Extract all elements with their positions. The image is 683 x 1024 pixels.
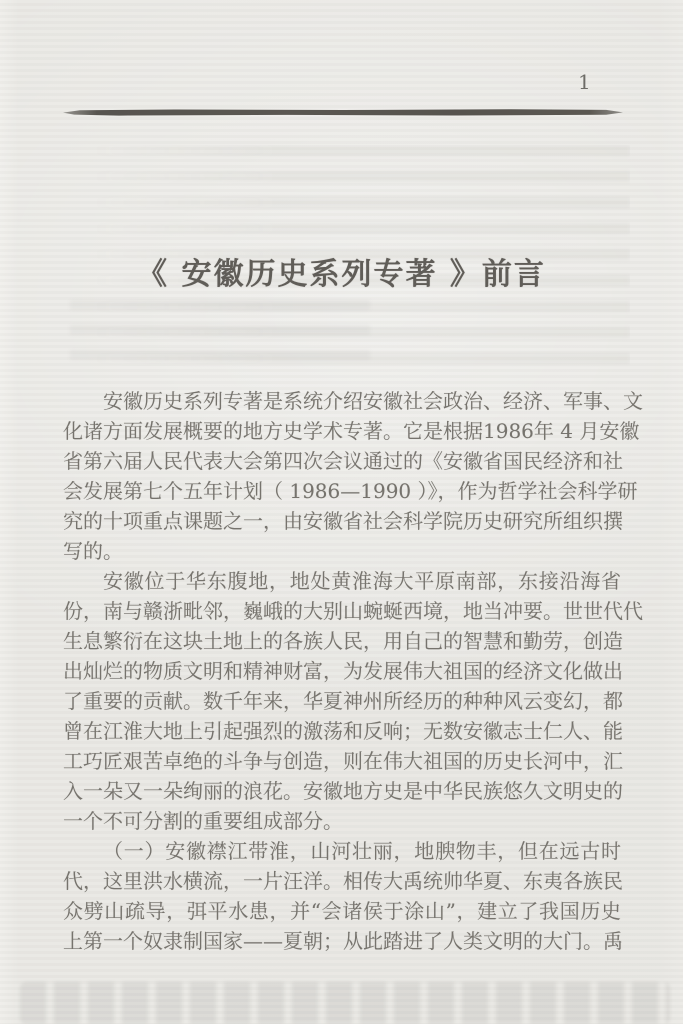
- body-line: 入一朵又一朵绚丽的浪花。安徽地方史是中华民族悠久文明史的: [63, 776, 621, 806]
- book-page: 1 《 安徽历史系列专著 》前言 安徽历史系列专著是系统介绍安徽社会政治、经济、…: [0, 0, 683, 1024]
- body-line: 生息繁衍在这块土地上的各族人民，用自己的智慧和勤劳，创造: [63, 626, 621, 656]
- body-line: 一个不可分割的重要组成部分。: [63, 806, 621, 836]
- page-title: 《 安徽历史系列专著 》前言: [0, 249, 683, 293]
- body-line: 究的十项重点课题之一，由安徽省社会科学院历史研究所组织撰: [63, 506, 621, 536]
- page-number: 1: [578, 70, 592, 94]
- body-line: 安徽历史系列专著是系统介绍安徽社会政治、经济、军事、文: [63, 386, 621, 416]
- body-line: 出灿烂的物质文明和精神财富，为发展伟大祖国的经济文化做出: [63, 656, 621, 686]
- body-line: 化诸方面发展概要的地方史学术专著。它是根据1986年 4 月安徽: [63, 416, 621, 446]
- bleedthrough-texture-bottom: [20, 982, 670, 1024]
- body-line: 份，南与赣浙毗邻，巍峨的大别山蜿蜒西境，地当冲要。世世代代: [63, 596, 621, 626]
- body-line: 省第六届人民代表大会第四次会议通过的《安徽省国民经济和社: [63, 446, 621, 476]
- body-line: 代，这里洪水横流，一片汪洋。相传大禹统帅华夏、东夷各族民: [63, 866, 621, 896]
- body-line: 写的。: [63, 536, 621, 566]
- body-line: 曾在江淮大地上引起强烈的激荡和反响；无数安徽志士仁人、能: [63, 716, 621, 746]
- body-line: 了重要的贡献。数千年来，华夏神州所经历的种种风云变幻，都: [63, 686, 621, 716]
- body-line: （一）安徽襟江带淮，山河壮丽，地腴物丰，但在远古时: [63, 836, 621, 866]
- body-line: 上第一个奴隶制国家——夏朝；从此踏进了人类文明的大门。禹: [63, 926, 621, 956]
- header-rule: [63, 109, 623, 116]
- bleedthrough-texture-mid: [70, 300, 370, 370]
- body-line: 众劈山疏导，弭平水患，并“会诸侯于涂山”，建立了我国历史: [63, 896, 621, 926]
- body-text: 安徽历史系列专著是系统介绍安徽社会政治、经济、军事、文 化诸方面发展概要的地方史…: [63, 386, 621, 956]
- body-line: 安徽位于华东腹地，地处黄淮海大平原南部，东接沿海省: [63, 566, 621, 596]
- body-line: 工巧匠艰苦卓绝的斗争与创造，则在伟大祖国的历史长河中，汇: [63, 746, 621, 776]
- body-line: 会发展第七个五年计划（ 1986—1990 ）》，作为哲学社会科学研: [63, 476, 621, 506]
